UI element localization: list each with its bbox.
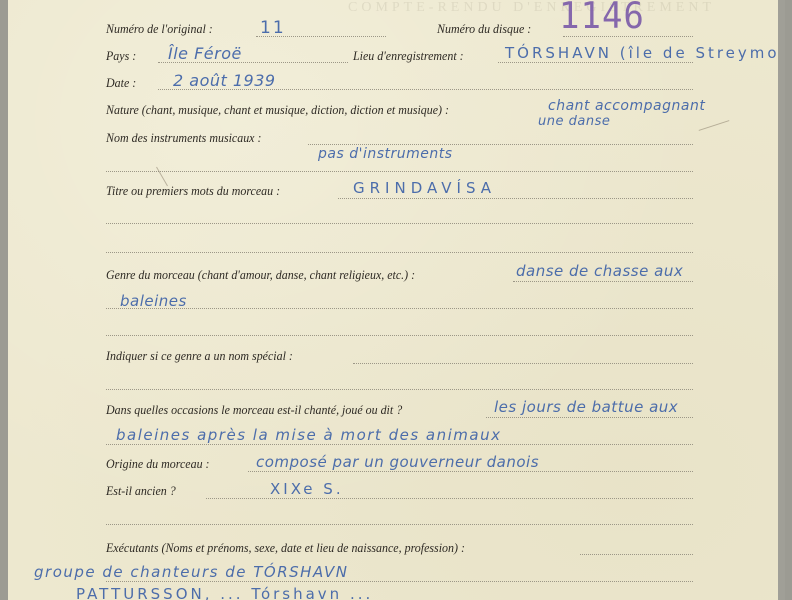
disc-number-label: Numéro du disque : [437,21,531,37]
performers-line-1 [580,554,693,555]
original-number-value: 11 [260,18,286,38]
genre-line-3 [106,335,693,336]
instruments-line-2 [106,171,693,172]
special-name-label: Indiquer si ce genre a un nom spécial : [106,348,293,364]
genre-label: Genre du morceau (chant d'amour, danse, … [106,267,415,283]
performers-value-line2: PATTURSSON, ... Tórshavn ... [76,585,373,600]
genre-value-line1: danse de chasse aux [516,262,683,280]
nature-value-line2: une danse [538,114,610,129]
genre-value-line2: baleines [120,292,187,310]
origin-line [248,471,693,472]
recording-place-label: Lieu d'enregistrement : [353,48,464,64]
nature-label: Nature (chant, musique, chant et musique… [106,102,449,118]
title-line-3 [106,252,693,253]
title-label: Titre ou premiers mots du morceau : [106,183,280,199]
country-label: Pays : [106,48,136,64]
special-name-line-1 [353,363,693,364]
ancient-line-2 [106,524,693,525]
instruments-value: pas d'instruments [318,146,453,162]
archival-form-page: COMPTE-RENDU D'ENREGISTREMENT 1146 Numér… [8,0,785,600]
occasions-label: Dans quelles occasions le morceau est-il… [106,402,402,418]
origin-value: composé par un gouverneur danois [256,453,539,471]
ghost-header-text: COMPTE-RENDU D'ENREGISTREMENT [348,0,715,16]
performers-value-line1: groupe de chanteurs de TÓRSHAVN [34,563,348,581]
title-value: GRINDAVÍSA [353,179,496,197]
occasions-value-line1: les jours de battue aux [494,398,678,416]
date-label: Date : [106,75,136,91]
origin-label: Origine du morceau : [106,456,210,472]
original-number-label: Numéro de l'original : [106,21,213,37]
performers-label: Exécutants (Noms et prénoms, sexe, date … [106,540,465,556]
nature-value-line1: chant accompagnant [548,98,705,114]
recording-place-line [498,62,693,63]
ancient-label: Est-il ancien ? [106,483,176,499]
country-value: Île Féroë [168,44,242,63]
disc-number-line [563,36,693,37]
performers-line-2 [106,581,693,582]
ancient-line-1 [206,498,693,499]
genre-line-1 [513,281,693,282]
date-value: 2 août 1939 [173,71,276,90]
occasions-value-line2: baleines après la mise à mort des animau… [116,426,501,444]
disc-number-stamp: 1146 [559,0,645,38]
instruments-label: Nom des instruments musicaux : [106,130,261,146]
title-line-2 [106,223,693,224]
special-name-line-2 [106,389,693,390]
occasions-line-2 [106,444,693,445]
ancient-value: XIXe S. [270,480,344,498]
recording-place-value: TÓRSHAVN (île de Streymoy) [505,44,785,62]
occasions-line-1 [486,417,693,418]
genre-line-2 [106,308,693,309]
instruments-line-1 [308,144,693,145]
page-edge [778,0,785,600]
pencil-mark [699,120,730,131]
title-line-1 [338,198,693,199]
